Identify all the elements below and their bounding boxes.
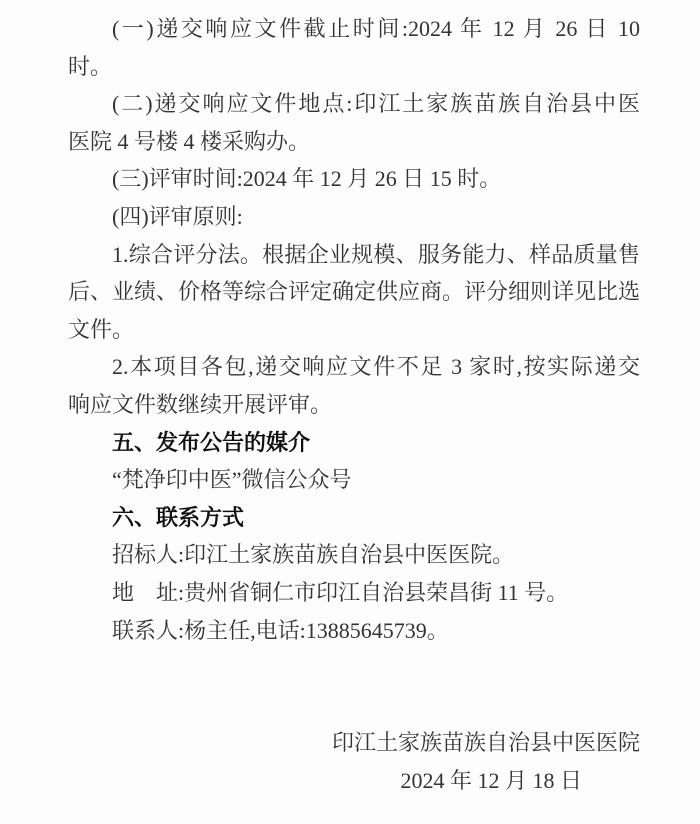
announcement-media-line: “梵净印中医”微信公众号: [68, 461, 640, 499]
submission-deadline-line1: (一)递交响应文件截止时间:2024 年 12 月 26 日 10: [68, 10, 640, 48]
document-body: (一)递交响应文件截止时间:2024 年 12 月 26 日 10时。(二)递交…: [0, 0, 700, 799]
scoring-method-line1: 1.综合评分法。根据企业规模、服务能力、样品质量售: [68, 236, 640, 274]
address-line: 地 址:贵州省铜仁市印江自治县荣昌街 11 号。: [68, 574, 640, 612]
submission-deadline-line2: 时。: [68, 48, 640, 86]
submission-place-line1: (二)递交响应文件地点:印江土家族苗族自治县中医: [68, 85, 640, 123]
signature-block: 印江土家族苗族自治县中医医院 2024 年 12 月 18 日: [68, 724, 640, 799]
signature-org: 印江土家族苗族自治县中医医院: [68, 724, 640, 762]
submission-place-line2: 医院 4 号楼 4 楼采购办。: [68, 123, 640, 161]
tenderer-line: 招标人:印江土家族苗族自治县中医医院。: [68, 536, 640, 574]
review-time-line: (三)评审时间:2024 年 12 月 26 日 15 时。: [68, 160, 640, 198]
insufficient-bidders-line1: 2.本项目各包,递交响应文件不足 3 家时,按实际递交: [68, 348, 640, 386]
contact-line: 联系人:杨主任,电话:13885645739。: [68, 612, 640, 650]
review-principles-line: (四)评审原则:: [68, 198, 640, 236]
section5-heading: 五、发布公告的媒介: [68, 424, 640, 462]
signature-date: 2024 年 12 月 18 日: [68, 762, 640, 800]
insufficient-bidders-line2: 响应文件数继续开展评审。: [68, 386, 640, 424]
document-page: (一)递交响应文件截止时间:2024 年 12 月 26 日 10时。(二)递交…: [0, 0, 700, 824]
scoring-method-line2: 后、业绩、价格等综合评定确定供应商。评分细则详见比选: [68, 273, 640, 311]
section6-heading: 六、联系方式: [68, 499, 640, 537]
document-lines: (一)递交响应文件截止时间:2024 年 12 月 26 日 10时。(二)递交…: [68, 10, 640, 649]
scoring-method-line3: 文件。: [68, 311, 640, 349]
